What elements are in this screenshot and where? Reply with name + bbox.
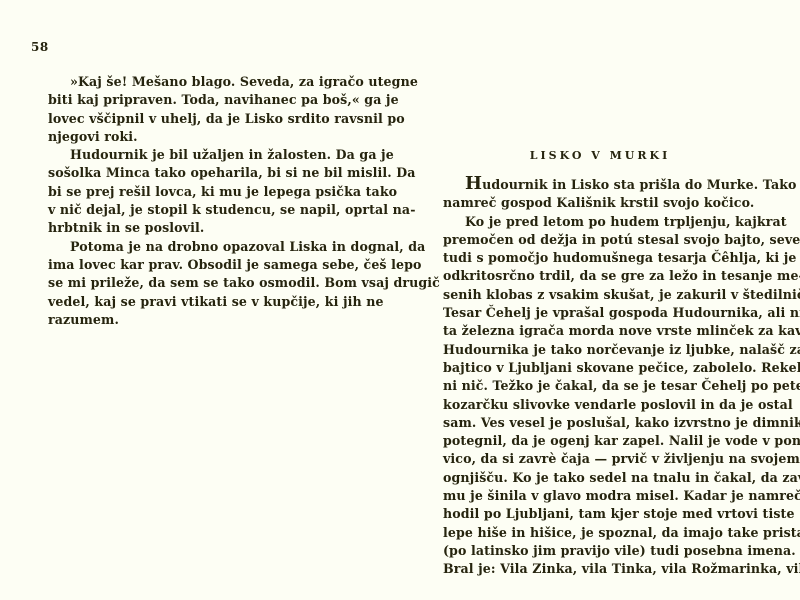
line-text: ognjišču. Ko je tako sedel na tnalu in č… <box>443 470 800 485</box>
line-text: razumem. <box>48 312 119 327</box>
text-line: hodil po Ljubljani, tam kjer stoje med v… <box>443 505 750 523</box>
line-text: v nič dejal, je stopil k studencu, se na… <box>48 202 416 217</box>
line-text: kozarčku slivovke vendarle poslovil in d… <box>443 397 793 412</box>
text-line: hrbtnik in se poslovil. <box>48 219 351 237</box>
line-text: Potoma je na drobno opazoval Liska in do… <box>70 239 425 254</box>
line-text: ta železna igrača morda nove vrste mlinč… <box>443 323 800 338</box>
line-text: senih klobas z vsakim skušat, je zakuril… <box>443 287 800 302</box>
line-text: Hudournika je tako norčevanje iz ljubke,… <box>443 342 800 357</box>
text-line: sošolka Minca tako opeharila, bi si ne b… <box>48 164 351 182</box>
text-line: mu je šinila v glavo modra misel. Kadar … <box>443 487 750 505</box>
text-line: se mi prileže, da sem se tako osmodil. B… <box>48 274 351 292</box>
text-line: premočen od dežja in potú stesal svojo b… <box>443 231 750 249</box>
drop-cap: H <box>465 173 482 194</box>
line-text: namreč gospod Kališnik krstil svojo koči… <box>443 195 754 210</box>
text-line: lovec vščipnil v uhelj, da je Lisko srdi… <box>48 110 351 128</box>
line-text: ni nič. Težko je čakal, da se je tesar Č… <box>443 378 800 393</box>
text-line: Hudournik je bil užaljen in žalosten. Da… <box>48 146 351 164</box>
line-text: odkritosrčno trdil, da se gre za ležo in… <box>443 268 800 283</box>
text-line: (po latinsko jim pravijo vile) tudi pose… <box>443 542 750 560</box>
line-text: ima lovec kar prav. Obsodil je samega se… <box>48 257 422 272</box>
text-line: razumem. <box>48 311 351 329</box>
line-text: potegnil, da je ogenj kar zapel. Nalil j… <box>443 433 800 448</box>
text-line: Ko je pred letom po hudem trpljenju, kaj… <box>443 213 750 231</box>
line-text: vedel, kaj se pravi vtikati se v kupčije… <box>48 294 384 309</box>
text-line: kozarčku slivovke vendarle poslovil in d… <box>443 396 750 414</box>
line-text: »Kaj še! Mešano blago. Seveda, za igračo… <box>70 74 418 89</box>
line-text: bi se prej rešil lovca, ki mu je lepega … <box>48 184 397 199</box>
text-line: odkritosrčno trdil, da se gre za ležo in… <box>443 267 750 285</box>
page-number: 58 <box>31 40 49 54</box>
line-text: vico, da si zavrè čaja — prvič v življen… <box>443 451 800 466</box>
left-page: 58 »Kaj še! Mešano blago. Seveda, za igr… <box>0 0 400 600</box>
line-text: bajtico v Ljubljani skovane pečice, zabo… <box>443 360 800 375</box>
text-line: namreč gospod Kališnik krstil svojo koči… <box>443 194 750 212</box>
line-text: Tesar Čehelj je vprašal gospoda Hudourni… <box>443 305 800 320</box>
text-line: sam. Ves vesel je poslušal, kako izvrstn… <box>443 414 750 432</box>
chapter-title: LISKO V MURKI <box>400 149 800 162</box>
line-text: lepe hiše in hišice, je spoznal, da imaj… <box>443 525 800 540</box>
text-line: ognjišču. Ko je tako sedel na tnalu in č… <box>443 469 750 487</box>
text-line: Tesar Čehelj je vprašal gospoda Hudourni… <box>443 304 750 322</box>
text-line: njegovi roki. <box>48 128 351 146</box>
right-page-body: Hudournik in Lisko sta prišla do Murke. … <box>443 176 750 579</box>
line-text: sam. Ves vesel je poslušal, kako izvrstn… <box>443 415 800 430</box>
text-line: Bral je: Vila Zinka, vila Tinka, vila Ro… <box>443 560 750 578</box>
line-text: Bral je: Vila Zinka, vila Tinka, vila Ro… <box>443 561 800 576</box>
text-line: ni nič. Težko je čakal, da se je tesar Č… <box>443 377 750 395</box>
right-page: LISKO V MURKI Hudournik in Lisko sta pri… <box>400 0 800 600</box>
text-line: Potoma je na drobno opazoval Liska in do… <box>48 238 351 256</box>
text-line: vedel, kaj se pravi vtikati se v kupčije… <box>48 293 351 311</box>
text-line: bi se prej rešil lovca, ki mu je lepega … <box>48 183 351 201</box>
line-text: udournik in Lisko sta prišla do Murke. T… <box>482 177 800 192</box>
left-page-body: »Kaj še! Mešano blago. Seveda, za igračo… <box>48 73 351 329</box>
line-text: Hudournik je bil užaljen in žalosten. Da… <box>70 147 394 162</box>
line-text: premočen od dežja in potú stesal svojo b… <box>443 232 800 247</box>
line-text: mu je šinila v glavo modra misel. Kadar … <box>443 488 800 503</box>
line-text: (po latinsko jim pravijo vile) tudi pose… <box>443 543 796 558</box>
text-line: tudi s pomočjo hudomušnega tesarja Čêhlj… <box>443 249 750 267</box>
text-line: biti kaj pripraven. Toda, navihanec pa b… <box>48 91 351 109</box>
line-text: hodil po Ljubljani, tam kjer stoje med v… <box>443 506 795 521</box>
text-line: »Kaj še! Mešano blago. Seveda, za igračo… <box>48 73 351 91</box>
line-text: biti kaj pripraven. Toda, navihanec pa b… <box>48 92 399 107</box>
line-text: se mi prileže, da sem se tako osmodil. B… <box>48 275 440 290</box>
line-text: hrbtnik in se poslovil. <box>48 220 204 235</box>
line-text: tudi s pomočjo hudomušnega tesarja Čêhlj… <box>443 250 797 265</box>
text-line: ta železna igrača morda nove vrste mlinč… <box>443 322 750 340</box>
text-line: bajtico v Ljubljani skovane pečice, zabo… <box>443 359 750 377</box>
line-text: lovec vščipnil v uhelj, da je Lisko srdi… <box>48 111 405 126</box>
text-line: ima lovec kar prav. Obsodil je samega se… <box>48 256 351 274</box>
text-line: v nič dejal, je stopil k studencu, se na… <box>48 201 351 219</box>
text-line: vico, da si zavrè čaja — prvič v življen… <box>443 450 750 468</box>
line-text: Ko je pred letom po hudem trpljenju, kaj… <box>465 214 787 229</box>
line-text: sošolka Minca tako opeharila, bi si ne b… <box>48 165 416 180</box>
line-text: njegovi roki. <box>48 129 138 144</box>
text-line: Hudournika je tako norčevanje iz ljubke,… <box>443 341 750 359</box>
text-line: lepe hiše in hišice, je spoznal, da imaj… <box>443 524 750 542</box>
text-line: potegnil, da je ogenj kar zapel. Nalil j… <box>443 432 750 450</box>
text-line: senih klobas z vsakim skušat, je zakuril… <box>443 286 750 304</box>
text-line: Hudournik in Lisko sta prišla do Murke. … <box>443 176 750 194</box>
